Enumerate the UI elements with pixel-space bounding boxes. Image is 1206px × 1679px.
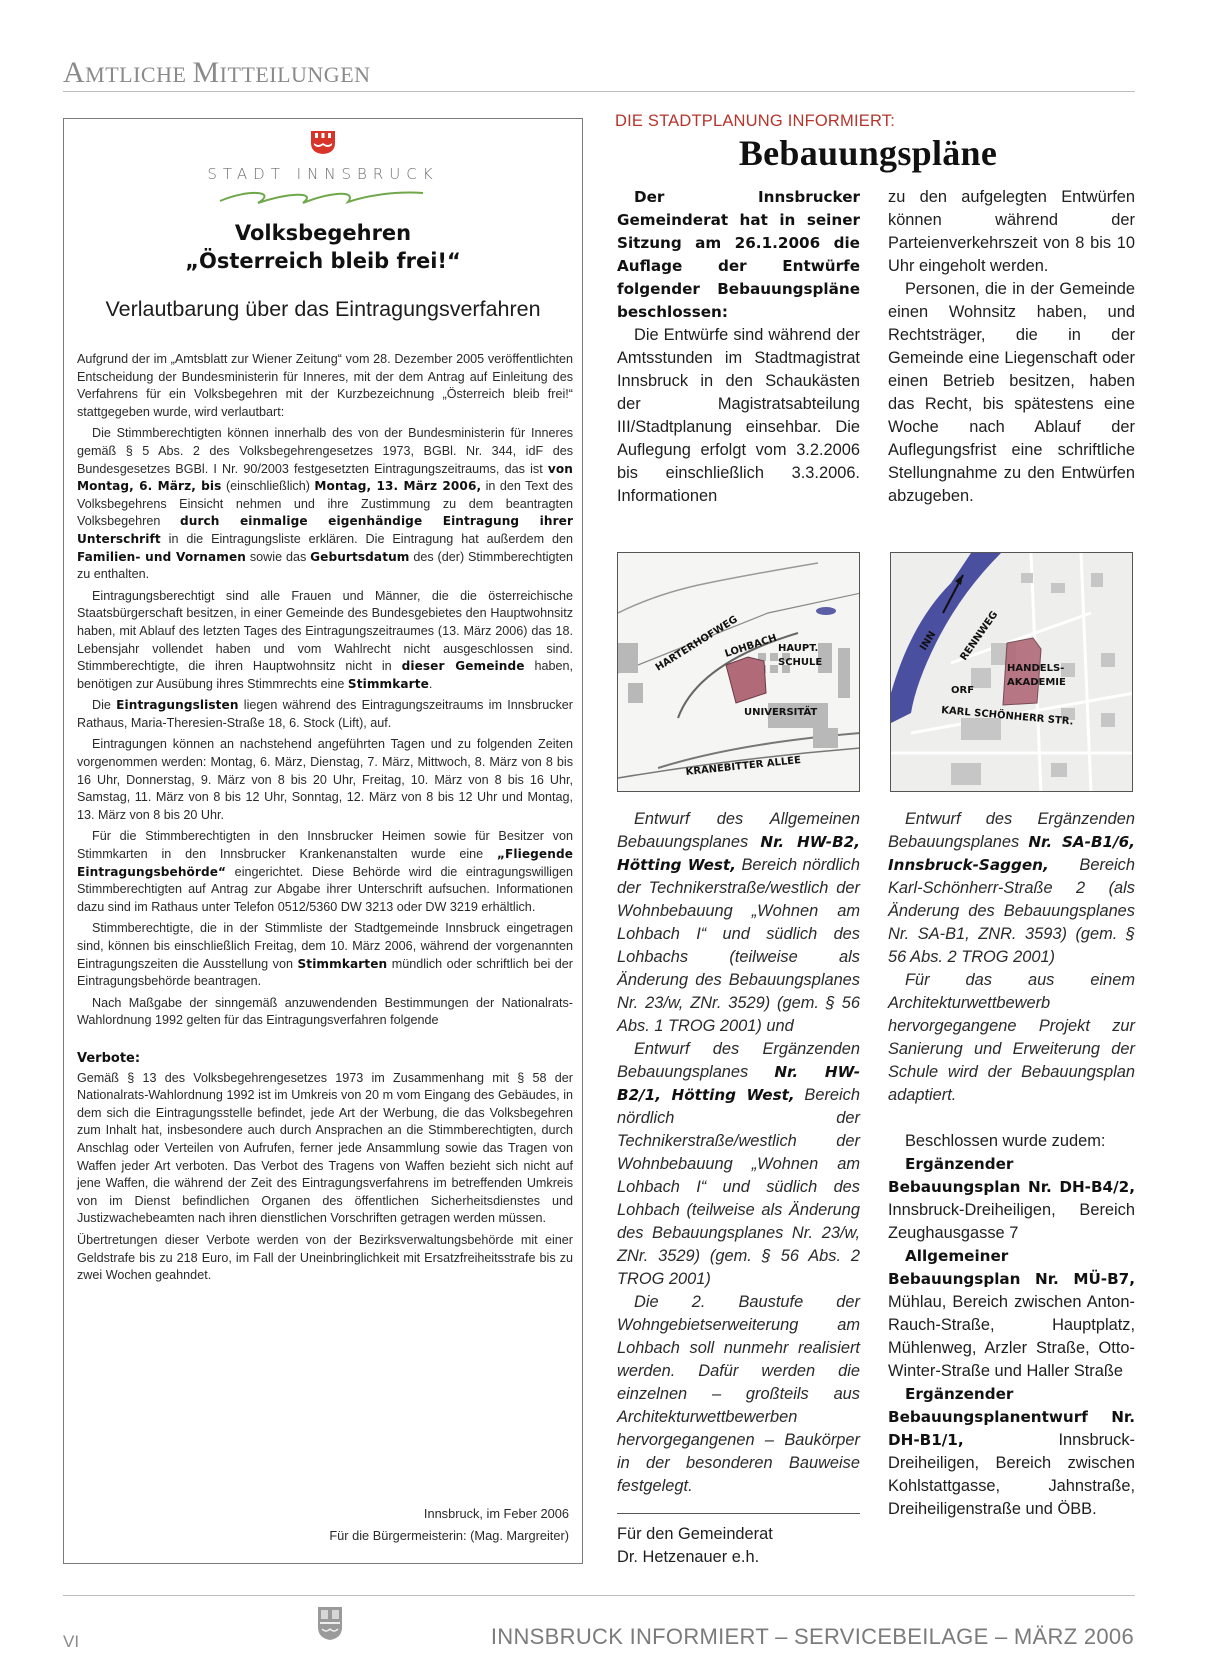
article-lead: Der Innsbrucker Gemeinderat hat in seine… bbox=[617, 186, 860, 324]
article-kicker: DIE STADTPLANUNG INFORMIERT: bbox=[615, 112, 895, 131]
notice-paragraph: Eintragungsberechtigt sind alle Frauen u… bbox=[77, 588, 573, 694]
svg-text:UNIVERSITÄT: UNIVERSITÄT bbox=[744, 704, 817, 718]
article-paragraph: zu den aufgelegten Entwürfen können währ… bbox=[888, 186, 1135, 278]
notice-box: STADT INNSBRUCK Volksbegehren „Österreic… bbox=[63, 118, 583, 1564]
map-innsbruck-saggen: INN RENNWEG HANDELS- AKADEMIE ORF KARL S… bbox=[890, 552, 1133, 792]
caption-baustufe: Die 2. Baustufe der Wohngebietserweiteru… bbox=[617, 1291, 860, 1498]
verbote-section: Verbote: Gemäß § 13 des Volksbegehrenges… bbox=[77, 1050, 573, 1285]
section-header: AMTLICHE MITTEILUNGEN bbox=[63, 56, 371, 90]
notice-body: Aufgrund der im „Amtsblatt zur Wiener Ze… bbox=[77, 351, 573, 1289]
svg-text:HAUPT.: HAUPT. bbox=[778, 643, 818, 654]
signature-line: Dr. Hetzenauer e.h. bbox=[617, 1546, 860, 1569]
footer-rule bbox=[63, 1595, 1135, 1596]
logo-text: STADT INNSBRUCK bbox=[64, 165, 582, 183]
notice-title-line: „Österreich bleib frei!“ bbox=[64, 247, 582, 275]
verbote-heading: Verbote: bbox=[77, 1050, 573, 1068]
svg-text:HANDELS-: HANDELS- bbox=[1007, 663, 1064, 674]
header-rest: MTLICHE bbox=[85, 62, 192, 87]
notice-title-line: Volksbegehren bbox=[64, 219, 582, 247]
map-graphic: HARTERHOFWEG LOHBACH HAUPT. SCHULE UNIVE… bbox=[618, 553, 860, 792]
notice-paragraph: Die Stimmberechtigten können innerhalb d… bbox=[77, 425, 573, 583]
header-initial: A bbox=[63, 56, 85, 89]
logo-swoosh-icon bbox=[218, 185, 428, 207]
svg-text:SCHULE: SCHULE bbox=[778, 657, 822, 668]
article-title: Bebauungspläne bbox=[600, 132, 1136, 174]
notice-signature: Innsbruck, im Feber 2006 Für die Bürgerm… bbox=[329, 1503, 569, 1547]
signature-name: Für die Bürgermeisterin: (Mag. Margreite… bbox=[329, 1525, 569, 1547]
article-paragraph: Personen, die in der Gemeinde einen Wohn… bbox=[888, 278, 1135, 508]
verbote-paragraph: Gemäß § 13 des Volksbegehrengesetzes 197… bbox=[77, 1070, 573, 1228]
city-emblem-icon bbox=[316, 1605, 344, 1641]
article-column-2-top: zu den aufgelegten Entwürfen können währ… bbox=[888, 186, 1135, 508]
article-column-1-top: Der Innsbrucker Gemeinderat hat in seine… bbox=[617, 186, 860, 508]
article-column-2-bottom: Entwurf des Ergänzenden Bebauungsplanes … bbox=[888, 808, 1135, 1521]
plan-mue-b7: Allgemeiner Bebauungsplan Nr. MÜ-B7, Müh… bbox=[888, 1245, 1135, 1383]
svg-text:ORF: ORF bbox=[951, 685, 974, 696]
caption-hw-b2-1: Entwurf des Ergänzenden Bebauungsplanes … bbox=[617, 1038, 860, 1291]
verbote-paragraph: Übertretungen dieser Verbote werden von … bbox=[77, 1232, 573, 1285]
notice-title: Volksbegehren „Österreich bleib frei!“ bbox=[64, 219, 582, 275]
plan-dh-b4-2: Ergänzender Bebauungsplan Nr. DH-B4/2, I… bbox=[888, 1153, 1135, 1245]
caption-sa-b1-6: Entwurf des Ergänzenden Bebauungsplanes … bbox=[888, 808, 1135, 969]
caption-hw-b2: Entwurf des Allgemeinen Bebauungsplanes … bbox=[617, 808, 860, 1038]
signature-rule bbox=[617, 1513, 860, 1514]
header-rule bbox=[63, 91, 1135, 92]
city-logo: STADT INNSBRUCK bbox=[64, 129, 582, 207]
plan-dh-b1-1: Ergänzender Bebauungsplanentwurf Nr. DH-… bbox=[888, 1383, 1135, 1521]
notice-paragraph: Aufgrund der im „Amtsblatt zur Wiener Ze… bbox=[77, 351, 573, 421]
notice-paragraph: Stimmberechtigte, die in der Stimmliste … bbox=[77, 920, 573, 990]
article-column-1-bottom: Entwurf des Allgemeinen Bebauungsplanes … bbox=[617, 808, 860, 1498]
notice-paragraph: Nach Maßgabe der sinngemäß anzuwendenden… bbox=[77, 995, 573, 1030]
header-rest: ITTEILUNGEN bbox=[220, 62, 371, 87]
notice-subtitle: Verlautbarung über das Eintragungsverfah… bbox=[64, 297, 582, 322]
signature-date: Innsbruck, im Feber 2006 bbox=[329, 1503, 569, 1525]
notice-paragraph: Eintragungen können an nachstehend angef… bbox=[77, 736, 573, 824]
map-graphic: INN RENNWEG HANDELS- AKADEMIE ORF KARL S… bbox=[891, 553, 1133, 792]
innsbruck-crest-icon bbox=[309, 129, 337, 155]
publication-title: INNSBRUCK INFORMIERT – SERVICEBEILAGE – … bbox=[491, 1624, 1134, 1650]
caption-school: Für das aus einem Architekturwettbewerb … bbox=[888, 969, 1135, 1107]
council-signature: Für den Gemeinderat Dr. Hetzenauer e.h. bbox=[617, 1523, 860, 1569]
page-number: VI bbox=[63, 1632, 79, 1652]
also-decided-intro: Beschlossen wurde zudem: bbox=[888, 1130, 1135, 1153]
signature-line: Für den Gemeinderat bbox=[617, 1523, 860, 1546]
svg-text:AKADEMIE: AKADEMIE bbox=[1007, 677, 1066, 688]
notice-paragraph: Für die Stimmberechtigten in den Innsbru… bbox=[77, 828, 573, 916]
notice-paragraph: Die Eintragungslisten liegen während des… bbox=[77, 697, 573, 732]
article-paragraph: Die Entwürfe sind während der Amtsstunde… bbox=[617, 324, 860, 508]
header-initial: M bbox=[192, 56, 219, 89]
map-hoetting-west: HARTERHOFWEG LOHBACH HAUPT. SCHULE UNIVE… bbox=[617, 552, 860, 792]
